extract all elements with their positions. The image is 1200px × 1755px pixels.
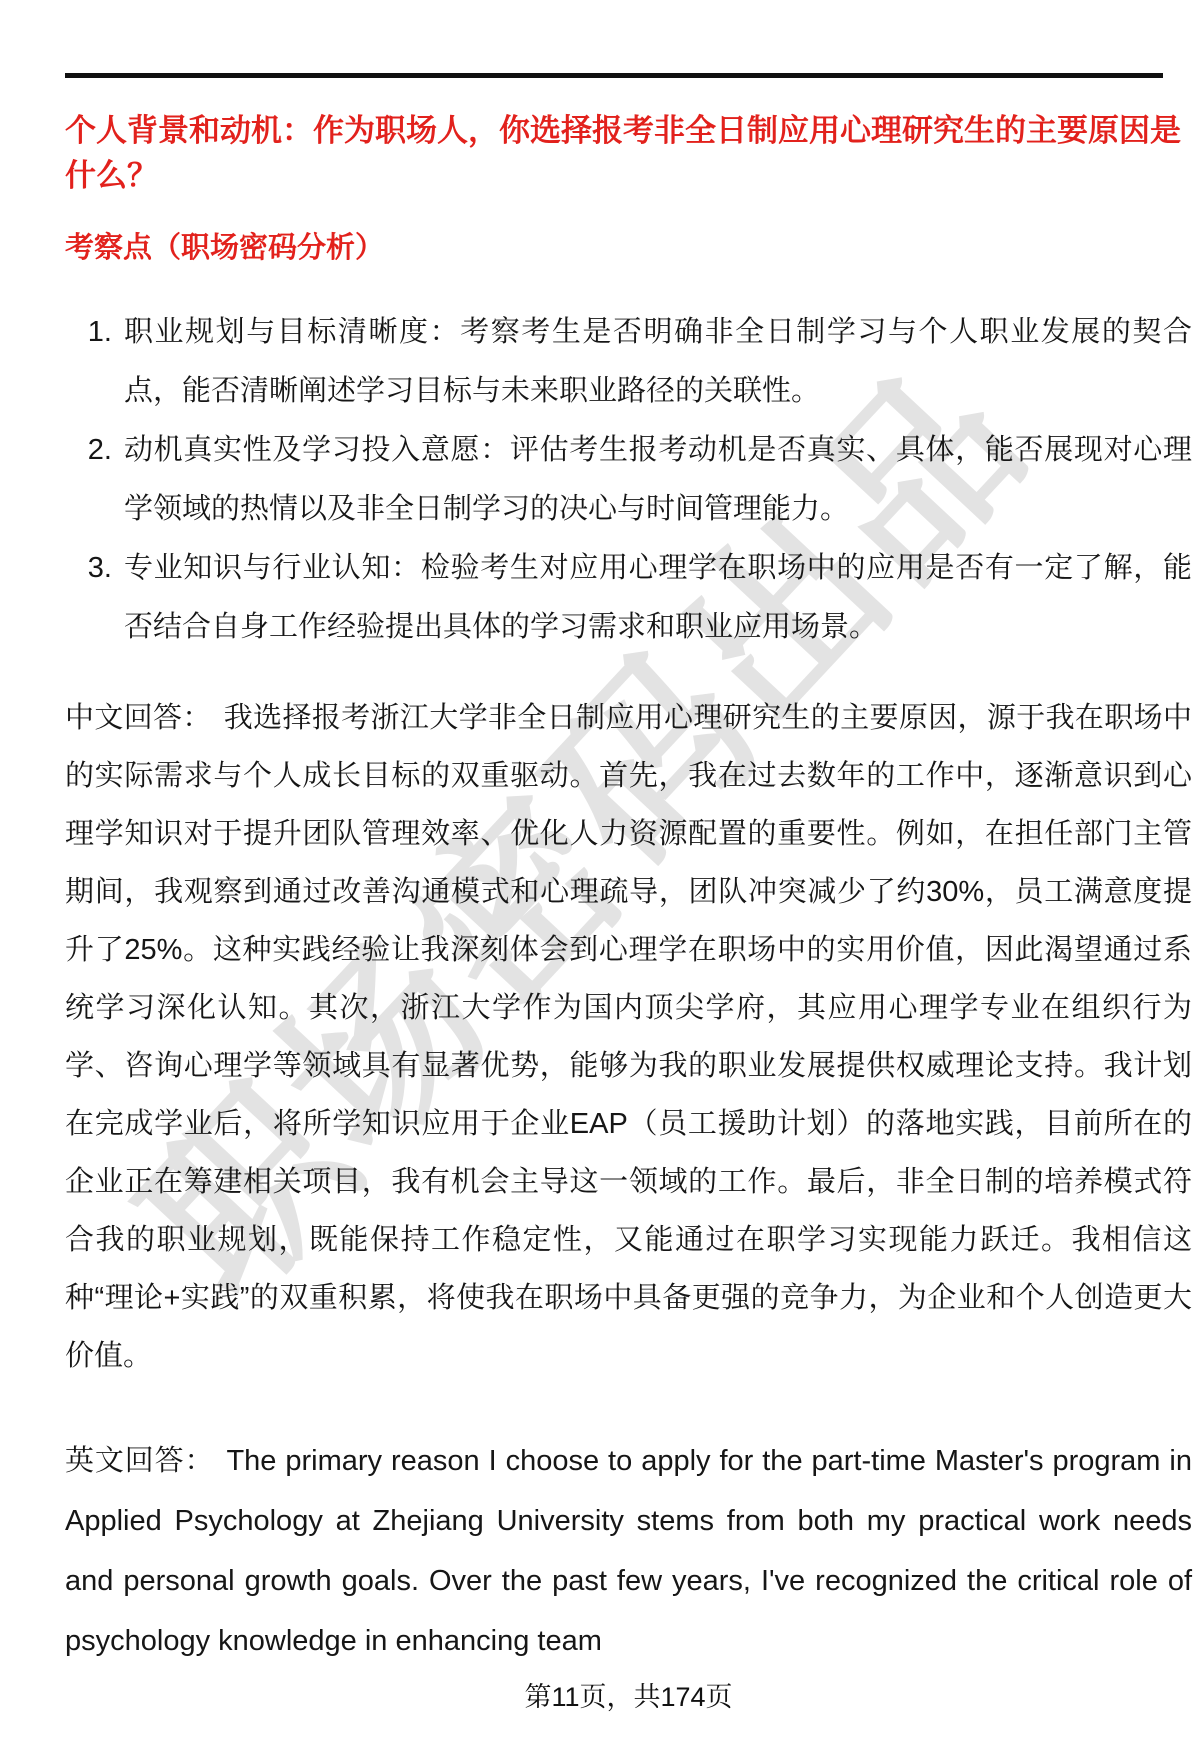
english-answer-text: The primary reason I choose to apply for… bbox=[65, 1445, 1192, 1657]
english-answer-label: 英文回答： bbox=[65, 1445, 214, 1477]
exam-point-item: 动机真实性及学习投入意愿：评估考生报考动机是否真实、具体，能否展现对心理学领域的… bbox=[120, 421, 1192, 539]
chinese-answer-text: 我选择报考浙江大学非全日制应用心理研究生的主要原因，源于我在职场中的实际需求与个… bbox=[65, 702, 1192, 1372]
page-content: 个人背景和动机：作为职场人，你选择报考非全日制应用心理研究生的主要原因是什么？ … bbox=[0, 73, 1200, 1714]
top-divider-rule bbox=[65, 73, 1163, 78]
chinese-answer-paragraph: 中文回答：我选择报考浙江大学非全日制应用心理研究生的主要原因，源于我在职场中的实… bbox=[65, 689, 1192, 1385]
exam-point-item: 职业规划与目标清晰度：考察考生是否明确非全日制学习与个人职业发展的契合点，能否清… bbox=[120, 303, 1192, 421]
exam-points-list: 职业规划与目标清晰度：考察考生是否明确非全日制学习与个人职业发展的契合点，能否清… bbox=[65, 303, 1192, 657]
exam-point-item: 专业知识与行业认知：检验考生对应用心理学在职场中的应用是否有一定了解，能否结合自… bbox=[120, 539, 1192, 657]
exam-points-heading: 考察点（职场密码分析） bbox=[65, 231, 1192, 265]
english-answer-paragraph: 英文回答：The primary reason I choose to appl… bbox=[65, 1431, 1192, 1671]
chinese-answer-label: 中文回答： bbox=[65, 702, 212, 734]
document-page: 职场密码出品 个人背景和动机：作为职场人，你选择报考非全日制应用心理研究生的主要… bbox=[0, 0, 1200, 1755]
question-heading: 个人背景和动机：作为职场人，你选择报考非全日制应用心理研究生的主要原因是什么？ bbox=[65, 108, 1192, 198]
page-footer: 第11页，共174页 bbox=[65, 1675, 1192, 1714]
